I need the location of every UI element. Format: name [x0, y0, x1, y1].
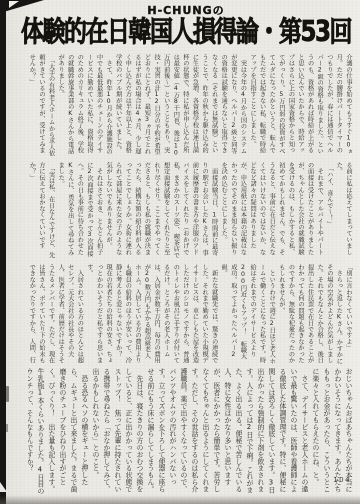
magazine-page: H-CHUNGの 体験的在日韓国人損得論・第53回 介護の仕事を始めてもうすぐ1… — [0, 0, 360, 504]
scan-bottom-shadow — [0, 495, 360, 504]
article-text-band-3: 「別に言わなくていいですよ」 さらっと返したKさん。かすかにその場の空気がよどん… — [28, 264, 353, 364]
scan-smudge — [6, 386, 9, 402]
column-author-kicker: H-CHUNGの — [12, 2, 360, 18]
page-number: 104 — [333, 476, 351, 484]
article-text-band-1: 介護の仕事を始めてもうすぐ10ヵ月。ただの腰掛けパートタイマーのつもりでしたが、… — [28, 54, 353, 158]
column-title: 体験的在日韓国人損得論・第53回 — [12, 17, 360, 49]
column-header: H-CHUNGの 体験的在日韓国人損得論・第53回 — [12, 2, 360, 44]
scan-smudge-small — [6, 424, 8, 432]
edge-notch-bottom — [0, 482, 7, 492]
article-text-band-2: る前に私は応えてしまっていました。 「ハイ、喜んで〜！」 それまで、アルバイトや… — [28, 162, 353, 260]
article-text-band-4: おじいちゃんおばあちゃんたちが本当にかわいそうになってきます。あんたたちももっと… — [28, 368, 353, 496]
